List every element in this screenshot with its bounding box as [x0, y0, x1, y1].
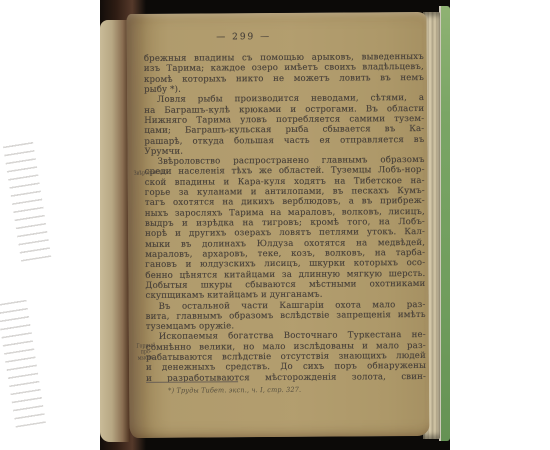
left-page-text-glimpse — [0, 298, 46, 427]
book-back-cover — [439, 6, 450, 441]
text-line: кромѣ которыхъ никто не можетъ ловить въ… — [144, 73, 424, 85]
book-photo: — 299 — брежныя впадины съ помощью арыко… — [100, 0, 450, 450]
left-page-edge — [100, 20, 130, 442]
text-block: брежныя впадины съ помощью арыковъ, выве… — [144, 52, 426, 384]
book-page: — 299 — брежныя впадины съ помощью арыко… — [127, 12, 430, 438]
footnote: *) Труды Тибет. эксп., ч. I, стр. 327. — [168, 385, 389, 395]
text-line: рашарѣ, откуда большая часть ея отправля… — [144, 134, 424, 146]
margin-note-mining: Горный про- мыслъ. — [132, 343, 161, 363]
text-line: вита, главнымъ образомъ вслѣдствіе запре… — [146, 310, 426, 322]
page-number: — 299 — — [144, 32, 344, 43]
scan-backdrop: — 299 — брежныя впадины съ помощью арыко… — [0, 0, 550, 450]
left-page-text-glimpse — [3, 140, 51, 261]
